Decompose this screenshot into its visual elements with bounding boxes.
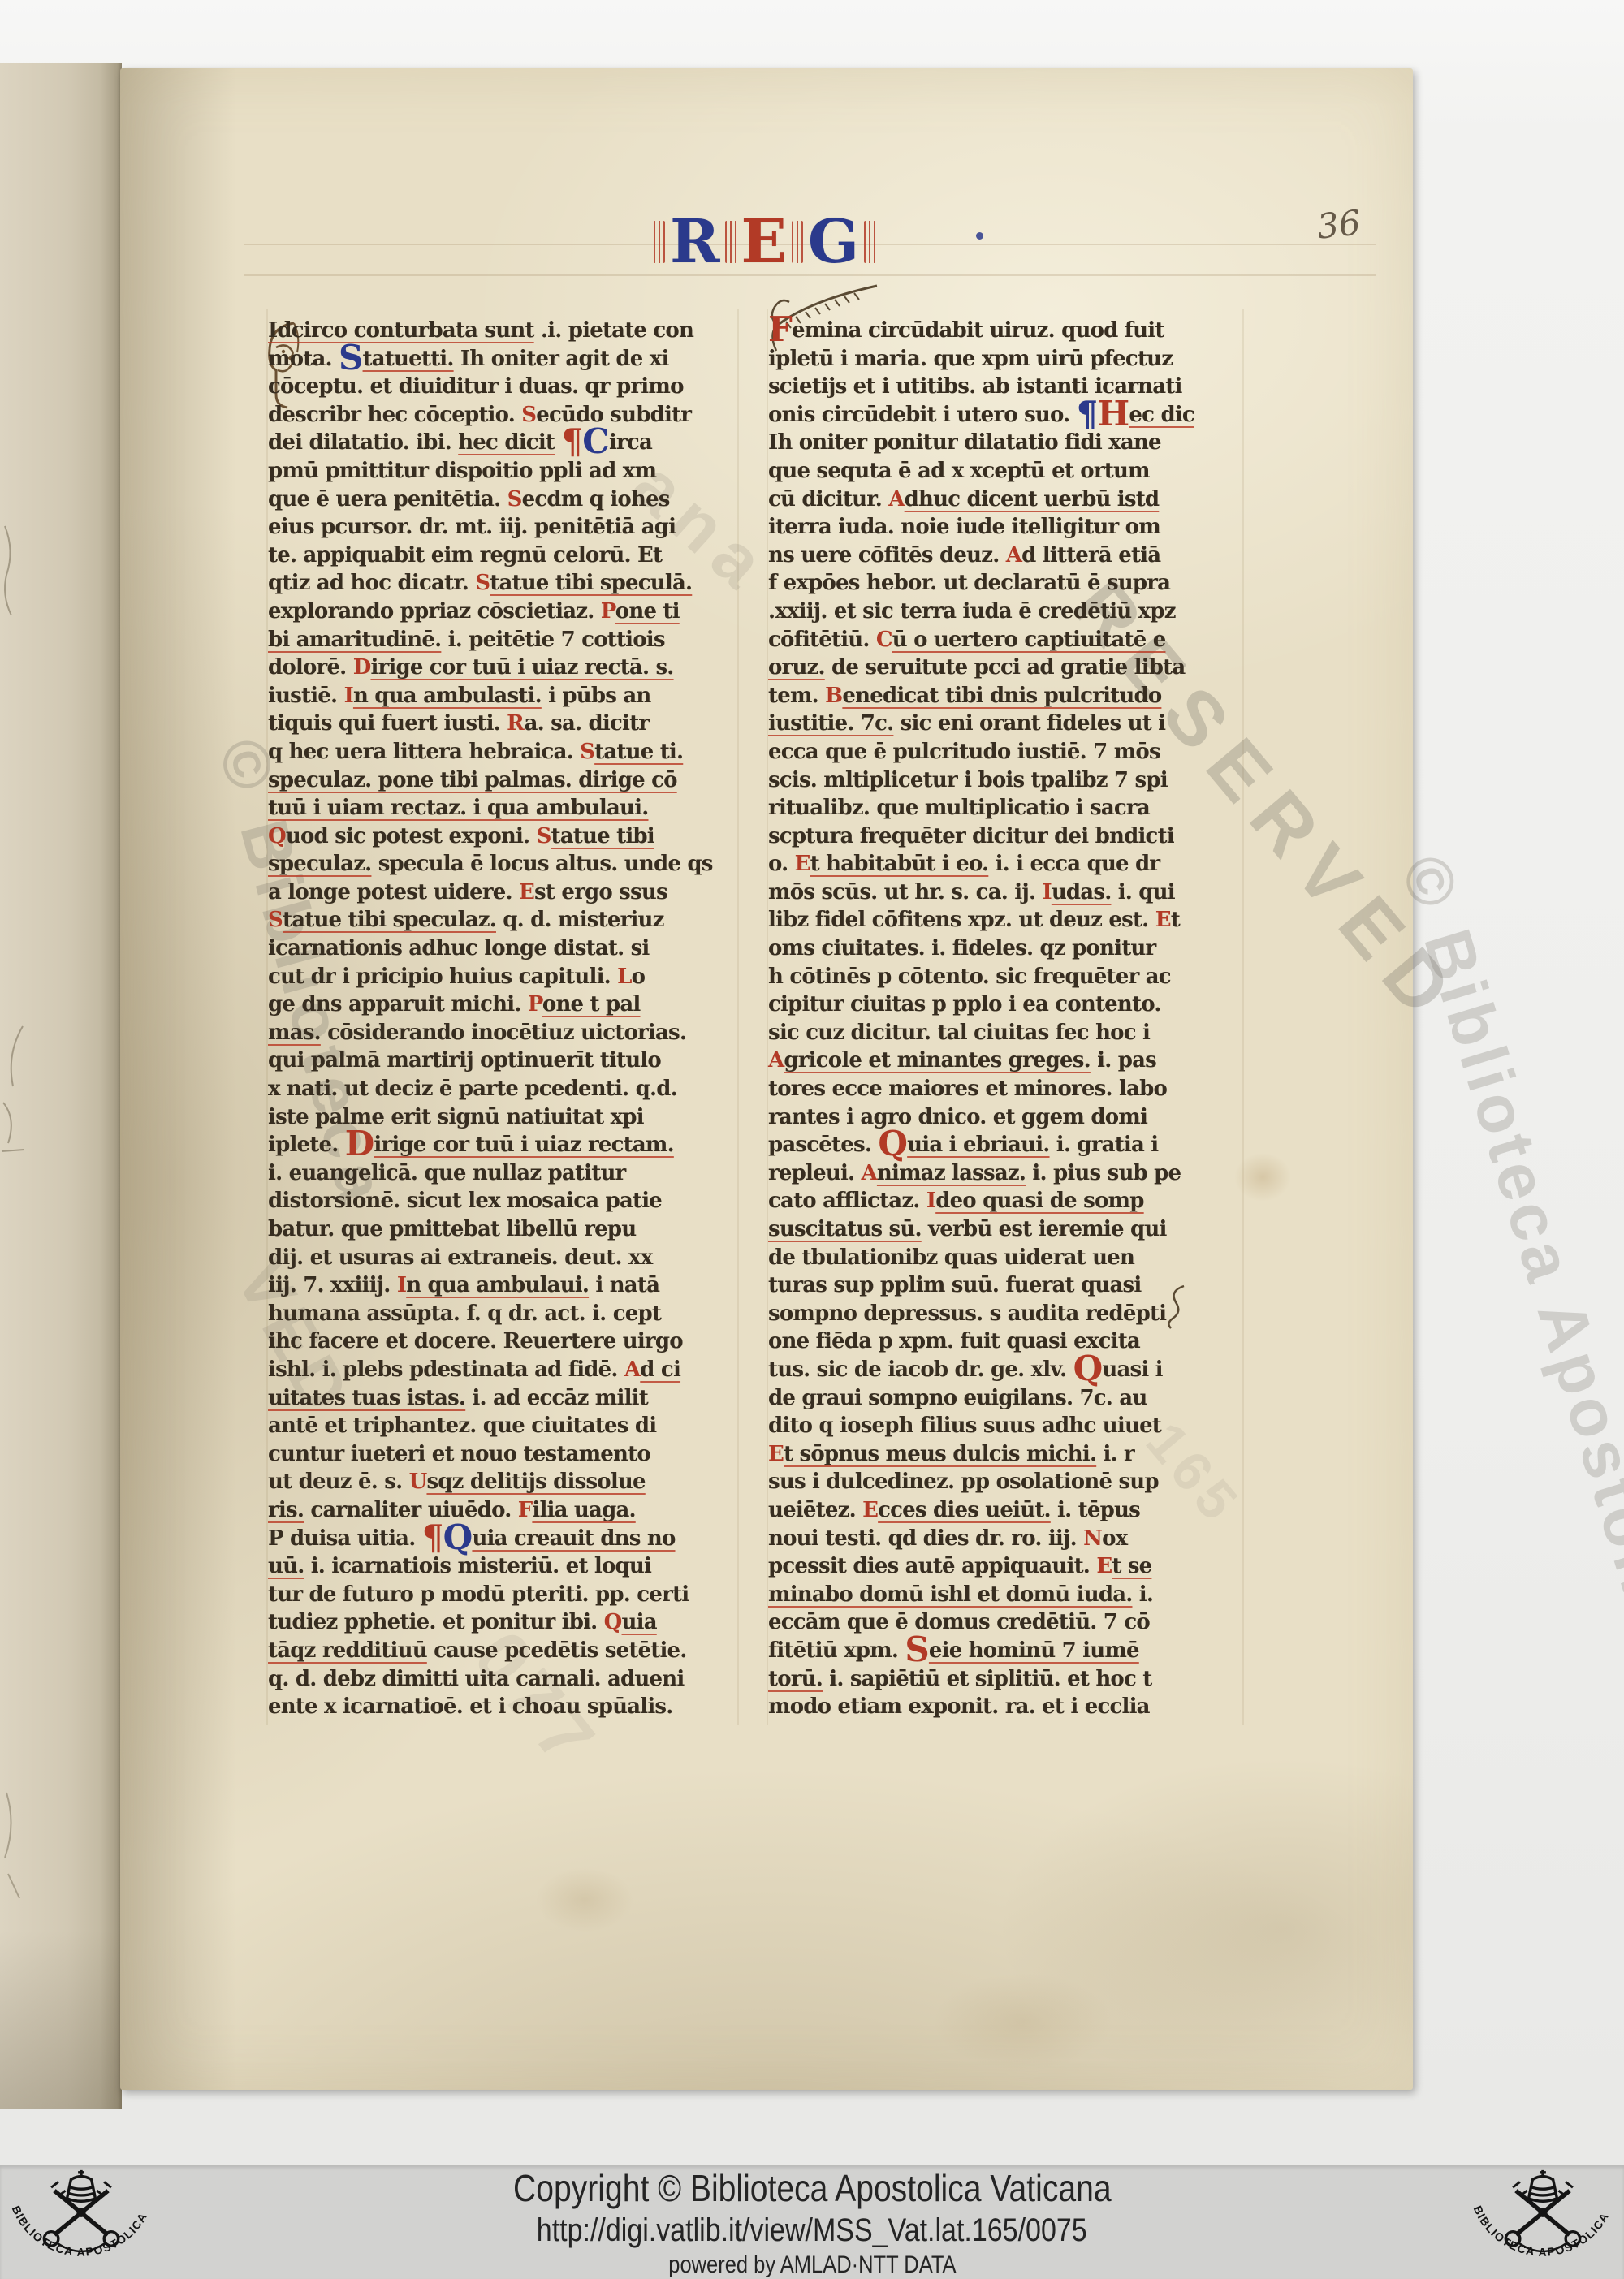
text-segment: deo quasi de somp (935, 1189, 1143, 1213)
text-line: tiquis qui fuert iusti. Ra. sa. dicitr (268, 710, 743, 738)
powered-by: powered by AMLAD·NTT DATA (668, 2251, 956, 2279)
text-line: tur de futuro p modū pteriti. pp. certi (268, 1581, 743, 1609)
text-segment: ū o uertero captiuitatē e (892, 628, 1166, 652)
text-segment: distorsionē. sicut lex mosaica patie (268, 1189, 662, 1213)
text-segment: cut dr i pricipio huius capituli. (268, 965, 617, 989)
text-segment: i. pius sub pe (1026, 1161, 1181, 1185)
text-line: i. euangelicā. que nullaz patitur (268, 1159, 743, 1188)
text-line: .xxiij. et sic terra iuda ē credētiū xpz (768, 598, 1243, 626)
vatican-library-logo-right: BIBLIOTECA APOSTOLICA VATICANA (1462, 2167, 1624, 2277)
text-segment: one ti (615, 599, 680, 624)
text-line: sus i dulcedinez. pp osolationē sup (768, 1468, 1243, 1496)
text-segment: modo etiam exponit. ra. et i ecclia (768, 1694, 1150, 1719)
text-segment: q. d. misteriuz (496, 908, 664, 932)
running-title: REG (654, 208, 875, 276)
text-segment: i. sapiētiū et siplitiū. et hoc t (823, 1667, 1151, 1691)
text-line: bi amaritudinē. i. peitētie 7 cottiois (268, 626, 743, 654)
text-segment: sompno depressus. s audita redēpti (768, 1301, 1166, 1326)
text-line: scis. mltiplicetur i bois tpalibz 7 spi (768, 766, 1243, 795)
text-segment: A (1006, 543, 1021, 568)
text-segment: mas. (268, 1021, 321, 1045)
text-segment: ge dns apparuit michi. (268, 992, 528, 1016)
text-segment: scis. mltiplicetur i bois tpalibz 7 spi (768, 768, 1168, 792)
text-line: mas. cōsiderando inocētiuz uictorias. (268, 1019, 743, 1047)
text-segment: batur. que pmittebat libellū repu (268, 1217, 636, 1241)
text-segment: d litterā etiā (1021, 543, 1160, 568)
text-segment: n qua ambulasti. (353, 684, 542, 708)
text-segment: A (624, 1357, 640, 1382)
text-line: humana assūpta. f. q dr. act. i. cept (268, 1300, 743, 1328)
running-title-letter: E (741, 212, 787, 272)
text-line: explorando ppriaz cōscietiaz. Pone ti (268, 598, 743, 626)
text-line: icarnationis adhuc longe distat. si (268, 934, 743, 963)
running-title-letter: G (808, 212, 859, 272)
text-segment: ente x icarnatioē. et i choau spūalis. (268, 1694, 673, 1719)
text-line: q. d. debz dimitti uita carnali. adueni (268, 1665, 743, 1694)
text-segment: speculaz. pone tibi palmas. dirige cō (268, 768, 677, 792)
text-segment: dij. et usuras ai extraneis. deut. xx (268, 1245, 652, 1270)
text-segment: E (1155, 908, 1171, 932)
text-segment: F (518, 1498, 533, 1522)
text-segment: ec dic (1129, 403, 1194, 427)
text-line: dito q ioseph filius suus adhc uiuet (768, 1412, 1243, 1440)
text-segment: dei dilatatio. ibi. (268, 430, 458, 455)
text-line: ueiētez. Ecces dies ueiūt. i. tēpus (768, 1496, 1243, 1525)
text-line: cut dr i pricipio huius capituli. Lo (268, 963, 743, 991)
text-segment: specula ē locus altus. unde qs (371, 852, 712, 876)
text-line: de tbulationibz quas uiderat uen (768, 1244, 1243, 1272)
text-segment: tatuetti. (363, 347, 454, 371)
text-segment: P (601, 599, 615, 624)
text-segment: ecūdo subditr (536, 403, 691, 427)
text-segment: que sequta ē ad x xceptū et ortum (768, 459, 1150, 483)
text-segment: ipletū i maria. que xpm uirū pfectuz (768, 347, 1173, 371)
text-segment: oms ciuitates. i. fideles. qz ponitur (768, 936, 1155, 960)
text-segment: dito q ioseph filius suus adhc uiuet (768, 1414, 1161, 1438)
text-segment: qui palmā martirij optinuerīt titulo (268, 1048, 661, 1073)
svg-text:BIBLIOTECA APOSTOLICA VATICANA: BIBLIOTECA APOSTOLICA VATICANA (1462, 2167, 1613, 2259)
text-line: tāqz redditiuū cause pcedētis setētie. (268, 1637, 743, 1665)
text-line: ge dns apparuit michi. Pone t pal (268, 991, 743, 1019)
text-segment: iplete. (268, 1133, 345, 1157)
text-segment: S (475, 571, 490, 595)
text-segment: libz fidel cōfitens xpz. ut deuz est. (768, 908, 1155, 932)
text-segment: iij. 7. xxiiij. (268, 1273, 397, 1297)
text-line: h cōtinēs p cōtento. sic frequēter ac (768, 963, 1243, 991)
text-line: mōs scūs. ut hr. s. ca. ij. Iudas. i. qu… (768, 878, 1243, 907)
text-segment: cū dicitur. (768, 487, 888, 511)
text-segment: t sōpnus meus dulcis michi. (784, 1442, 1096, 1466)
text-segment: suscitatus sū. (768, 1217, 922, 1241)
text-line: Et sōpnus meus dulcis michi. i. r (768, 1440, 1243, 1469)
text-line: sompno depressus. s audita redēpti (768, 1300, 1243, 1328)
text-segment: ihc facere et docere. Reuertere uirgo (268, 1329, 683, 1353)
text-segment: pcessit dies autē appiquauit. (768, 1554, 1096, 1578)
text-line: Statue tibi speculaz. q. d. misteriuz (268, 906, 743, 934)
text-segment: tem. (768, 684, 825, 708)
text-line: eccām que ē domus credētiū. 7 cō (768, 1608, 1243, 1637)
text-segment: i. qui (1111, 880, 1174, 904)
filigree-ornament (654, 221, 665, 263)
text-segment: ilia uaga. (532, 1498, 635, 1522)
text-segment: f expōes hebor. ut declaratū ē supra (768, 571, 1170, 595)
text-line: oruz. de seruitute pcci ad gratie libta (768, 654, 1243, 682)
text-segment: cato afflictaz. (768, 1189, 926, 1213)
text-segment: L (617, 965, 631, 989)
text-line: torū. i. sapiētiū et siplitiū. et hoc t (768, 1665, 1243, 1694)
text-line: pmū pmittitur dispoitio ppli ad xm (268, 457, 743, 486)
text-segment: icarnationis adhuc longe distat. si (268, 936, 650, 960)
text-segment: P duisa uitia. (268, 1526, 422, 1551)
text-segment: .xxiij. et sic terra iuda ē credētiū xpz (768, 599, 1176, 624)
text-segment: ¶ (422, 1517, 443, 1557)
text-segment: uū. (268, 1554, 304, 1578)
text-line: cōceptu. et diuiditur i duas. qr primo (268, 373, 743, 401)
text-segment: irige cor tuū i uiaz rectā. s. (370, 655, 673, 680)
text-segment: t (1171, 908, 1180, 932)
text-segment: noui testi. qd dies dr. ro. iij. (768, 1526, 1083, 1551)
text-line: ut deuz ē. s. Usqz delitijs dissolue (268, 1468, 743, 1496)
bleedthrough-mark (0, 1021, 41, 1168)
text-line: mota. Statuetti. Ih oniter agit de xi (268, 345, 743, 373)
text-segment: iustiē. (268, 684, 344, 708)
text-segment: S (508, 487, 522, 511)
text-line: modo etiam exponit. ra. et i ecclia (768, 1693, 1243, 1721)
text-line: ente x icarnatioē. et i choau spūalis. (268, 1693, 743, 1721)
text-segment: S (521, 403, 536, 427)
parchment-stain (934, 1973, 1112, 2070)
text-segment: Q (268, 824, 286, 848)
text-segment: ¶ (1077, 394, 1098, 434)
text-segment: A (888, 487, 904, 511)
text-line: iij. 7. xxiiij. In qua ambulaui. i natā (268, 1271, 743, 1300)
text-segment: S (580, 740, 594, 764)
text-line: dei dilatatio. ibi. hec dicit ¶Circa (268, 429, 743, 457)
text-line: dolorē. Dirige cor tuū i uiaz rectā. s. (268, 654, 743, 682)
text-segment: ox (1102, 1526, 1127, 1551)
text-line: uū. i. icarnatiois misteriū. et loqui (268, 1552, 743, 1581)
text-line: f expōes hebor. ut declaratū ē supra (768, 569, 1243, 598)
text-segment: C (582, 421, 609, 461)
text-line: batur. que pmittebat libellū repu (268, 1215, 743, 1244)
text-segment: E (862, 1498, 878, 1522)
text-segment: I (397, 1273, 406, 1297)
text-segment: sus i dulcedinez. pp osolationē sup (768, 1470, 1159, 1494)
text-segment: .i. pietate con (534, 318, 693, 343)
text-line: scietijs et i utitibs. ab istanti icarna… (768, 373, 1243, 401)
text-segment: irige cor tuū i uiaz rectam. (374, 1133, 673, 1157)
text-segment: U (409, 1470, 427, 1494)
text-segment: tuū i uiam rectaz. i qua ambulaui. (268, 796, 649, 820)
text-segment: D (345, 1124, 374, 1163)
text-segment: mōs scūs. ut hr. s. ca. ij. (768, 880, 1042, 904)
text-segment: sic eni orant fideles ut i (893, 711, 1165, 736)
text-segment: explorando ppriaz cōscietiaz. (268, 599, 601, 624)
text-segment: I (344, 684, 353, 708)
manuscript-scan-canvas: anaRESERVED© BibliotecaVED© Biblioteca A… (0, 0, 1624, 2279)
text-segment: i. ad eccāz milit (465, 1386, 648, 1410)
text-segment: i. tēpus (1051, 1498, 1140, 1522)
text-segment: Q (1073, 1349, 1103, 1388)
text-line: fitētiū xpm. Seie hominū 7 iumē (768, 1637, 1243, 1665)
text-line: ritualibz. que multiplicatio i sacra (768, 794, 1243, 822)
text-line: turas sup pplim suū. fuerat quasi (768, 1271, 1243, 1300)
text-line: ishl. i. plebs pdestinata ad fidē. Ad ci (268, 1356, 743, 1384)
text-segment: H (1098, 394, 1129, 434)
text-segment: eie hominū 7 iumē (929, 1638, 1139, 1663)
text-line: a longe potest uidere. Est ergo ssus (268, 878, 743, 907)
text-segment: Ih oniter ponitur dilatatio fidi xane (768, 430, 1161, 455)
text-segment: t habitabūt i eo. (810, 852, 989, 876)
text-segment: q hec uera littera hebraica. (268, 740, 580, 764)
text-segment: tatue tibi speculā. (490, 571, 692, 595)
text-segment: E (519, 880, 534, 904)
text-segment: gricole et minantes greges. (784, 1048, 1091, 1073)
text-line: tus. sic de iacob dr. ge. xlv. Quasi i (768, 1356, 1243, 1384)
text-segment: S (268, 908, 283, 932)
text-segment: ris. (268, 1498, 304, 1522)
text-segment: uasi i (1102, 1357, 1162, 1382)
text-segment: verbū est ieremie qui (922, 1217, 1167, 1241)
parchment-stain (536, 1867, 633, 1932)
text-line: iustitie. 7c. sic eni orant fideles ut i (768, 710, 1243, 738)
text-segment: uia creauit dns no (472, 1526, 675, 1551)
svg-text:BIBLIOTECA APOSTOLICA VATICANA: BIBLIOTECA APOSTOLICA VATICANA (0, 2167, 152, 2259)
text-segment: emina circūdabit uiruz. quod fuit (792, 318, 1164, 343)
text-line: iplete. Dirige cor tuū i uiaz rectam. (268, 1131, 743, 1159)
text-segment: carnaliter uiuēdo. (304, 1498, 518, 1522)
filigree-ornament (792, 221, 803, 263)
text-segment: cōfitētiū. (768, 628, 876, 652)
text-segment: iustitie. 7c. (768, 711, 893, 736)
text-segment: speculaz. (268, 852, 371, 876)
text-column-left: Idcirco conturbata sunt .i. pietate conm… (268, 317, 743, 1721)
text-segment: fitētiū xpm. (768, 1638, 905, 1663)
text-line: repleui. Animaz lassaz. i. pius sub pe (768, 1159, 1243, 1188)
text-segment: ns uere cōfitēs deuz. (768, 543, 1006, 568)
text-segment: I (926, 1189, 935, 1213)
text-segment: dhuc dicent uerbū istd (905, 487, 1160, 511)
text-segment: i natā (589, 1273, 659, 1297)
text-segment: d ci (640, 1357, 680, 1382)
text-segment: tudiez pphetie. et ponitur ibi. (268, 1610, 604, 1634)
text-segment: dolorē. (268, 655, 353, 680)
source-url: http://digi.vatlib.it/view/MSS_Vat.lat.1… (537, 2212, 1087, 2249)
text-line: dij. et usuras ai extraneis. deut. xx (268, 1244, 743, 1272)
copyright-bar: Copyright © Biblioteca Apostolica Vatica… (0, 2165, 1624, 2279)
text-segment: de graui sompno euigilans. 7c. au (768, 1386, 1147, 1410)
text-line: distorsionē. sicut lex mosaica patie (268, 1187, 743, 1215)
text-segment: enedicat tibi dnis pulcritudo (842, 684, 1161, 708)
text-segment: tatue tibi speculaz. (283, 908, 496, 932)
text-segment: bi amaritudinē. (268, 628, 441, 652)
text-segment: tur de futuro p modū pteriti. pp. certi (268, 1582, 689, 1607)
text-line: eius pcursor. dr. mt. iij. penitētiā agi (268, 513, 743, 542)
text-line: iste palme erit signū natiuitat xpi (268, 1103, 743, 1132)
text-line: ihc facere et docere. Reuertere uirgo (268, 1327, 743, 1356)
text-line: de graui sompno euigilans. 7c. au (768, 1384, 1243, 1413)
text-line: pcessit dies autē appiquauit. Et se (768, 1552, 1243, 1581)
text-line: antē et triphantez. que ciuitates di (268, 1412, 743, 1440)
text-segment: torū. (768, 1667, 823, 1691)
text-segment: turas sup pplim suū. fuerat quasi (768, 1273, 1141, 1297)
bleedthrough-mark (0, 518, 32, 632)
text-segment: I (1042, 880, 1051, 904)
text-line: minabo domū ishl et domū iuda. i. (768, 1581, 1243, 1609)
text-line: ipletū i maria. que xpm uirū pfectuz (768, 345, 1243, 373)
text-segment: i. i ecca que dr (988, 852, 1160, 876)
text-segment: udas. (1052, 880, 1112, 904)
text-line: describr hec cōceptio. Secūdo subditr (268, 401, 743, 429)
text-segment: uia (622, 1610, 657, 1634)
text-segment: Q (604, 1610, 622, 1634)
text-segment: mota. (268, 347, 339, 371)
text-segment: Q (878, 1124, 907, 1163)
text-line: ecca que ē pulcritudo iustiē. 7 mōs (768, 738, 1243, 766)
text-segment: R (507, 711, 524, 736)
text-line: pascētes. Quia i ebriaui. i. gratia i (768, 1131, 1243, 1159)
text-line: tores ecce maiores et minores. labo (768, 1075, 1243, 1103)
text-line: one fiēda p xpm. fuit quasi excita (768, 1327, 1243, 1356)
text-segment: i. peitētie 7 cottiois (441, 628, 664, 652)
text-line: cato afflictaz. Ideo quasi de somp (768, 1187, 1243, 1215)
text-line: Quod sic potest exponi. Statue tibi (268, 822, 743, 851)
text-line: cuntur iueteri et nouo testamento (268, 1440, 743, 1469)
text-segment: de seruitute pcci ad gratie libta (825, 655, 1186, 680)
text-segment: tatue ti. (594, 740, 683, 764)
text-segment: tores ecce maiores et minores. labo (768, 1077, 1167, 1101)
text-line: suscitatus sū. verbū est ieremie qui (768, 1215, 1243, 1244)
text-segment: que ē uera penitētia. (268, 487, 508, 511)
text-segment: cipitur ciuitas p pplo i ea contento. (768, 992, 1161, 1016)
text-line: speculaz. specula ē locus altus. unde qs (268, 850, 743, 878)
text-segment: Ih oniter agit de xi (454, 347, 669, 371)
text-line: noui testi. qd dies dr. ro. iij. Nox (768, 1525, 1243, 1553)
text-segment: de tbulationibz quas uiderat uen (768, 1245, 1134, 1270)
text-line: Agricole et minantes greges. i. pas (768, 1047, 1243, 1075)
text-segment: iste palme erit signū natiuitat xpi (268, 1105, 644, 1129)
text-segment: A (862, 1161, 877, 1185)
ink-dot (976, 232, 983, 240)
text-segment: te. appiquabit eim regnū celorū. Et (268, 543, 662, 568)
text-segment: sic cuz dicitur. tal ciuitas fec hoc i (768, 1021, 1150, 1045)
text-segment: antē et triphantez. que ciuitates di (268, 1414, 656, 1438)
text-segment: P (528, 992, 542, 1016)
text-segment: C (876, 628, 892, 652)
text-segment: repleui. (768, 1161, 862, 1185)
text-line: speculaz. pone tibi palmas. dirige cō (268, 766, 743, 795)
text-segment: cōsiderando inocētiuz uictorias. (321, 1021, 686, 1045)
text-line: cipitur ciuitas p pplo i ea contento. (768, 991, 1243, 1019)
text-segment: t se (1112, 1554, 1151, 1578)
text-segment: ecca que ē pulcritudo iustiē. 7 mōs (768, 740, 1160, 764)
vatican-library-logo-left: BIBLIOTECA APOSTOLICA VATICANA (0, 2167, 162, 2277)
text-segment: i. icarnatiois misteriū. et loqui (304, 1554, 651, 1578)
text-segment: Q (443, 1517, 473, 1557)
text-line: uitates tuas istas. i. ad eccāz milit (268, 1384, 743, 1413)
text-segment: st ergo ssus (534, 880, 667, 904)
text-segment: uitates tuas istas. (268, 1386, 465, 1410)
text-column-right: Femina circūdabit uiruz. quod fuitipletū… (768, 317, 1243, 1721)
watermark-text: © Biblioteca Apostolica (1385, 847, 1624, 1686)
text-segment: S (905, 1629, 929, 1669)
text-line: sic cuz dicitur. tal ciuitas fec hoc i (768, 1019, 1243, 1047)
text-segment: E (1096, 1554, 1112, 1578)
text-segment: ueiētez. (768, 1498, 862, 1522)
text-line: tuū i uiam rectaz. i qua ambulaui. (268, 794, 743, 822)
text-segment: tatue tibi (551, 824, 654, 848)
text-segment: ecdm q iohes (522, 487, 670, 511)
text-segment: a. sa. dicitr (525, 711, 650, 736)
text-segment: i. pas (1091, 1048, 1156, 1073)
text-segment: N (1083, 1526, 1102, 1551)
text-line: scptura frequēter dicitur dei bndicti (768, 822, 1243, 851)
filigree-ornament (864, 221, 875, 263)
text-segment: i. (1133, 1582, 1154, 1607)
text-segment: scptura frequēter dicitur dei bndicti (768, 824, 1174, 848)
text-segment: irca (609, 430, 652, 455)
copyright-text: Copyright © Biblioteca Apostolica Vatica… (513, 2166, 1112, 2210)
text-segment: S (537, 824, 551, 848)
bleedthrough-mark (0, 1785, 32, 1914)
text-segment: describr hec cōceptio. (268, 403, 521, 427)
text-segment: ritualibz. que multiplicatio i sacra (768, 796, 1150, 820)
text-segment: E (768, 1442, 784, 1466)
text-line: cū dicitur. Adhuc dicent uerbū istd (768, 486, 1243, 514)
text-line: qui palmā martirij optinuerīt titulo (268, 1047, 743, 1075)
text-segment: n qua ambulaui. (406, 1273, 589, 1297)
text-segment: tāqz redditiuū (268, 1638, 427, 1663)
text-segment: B (825, 684, 842, 708)
text-line: que sequta ē ad x xceptū et ortum (768, 457, 1243, 486)
text-line: que ē uera penitētia. Secdm q iohes (268, 486, 743, 514)
text-line: cōfitētiū. Cū o uertero captiuitatē e (768, 626, 1243, 654)
text-segment: i. r (1096, 1442, 1134, 1466)
gutter-shadow (0, 1931, 122, 2109)
text-segment: a longe potest uidere. (268, 880, 519, 904)
text-segment: iterra iuda. noie iude itelligitur om (768, 515, 1160, 539)
text-line: tudiez pphetie. et ponitur ibi. Quia (268, 1608, 743, 1637)
text-segment: nimaz lassaz. (877, 1161, 1026, 1185)
text-segment: S (339, 338, 363, 378)
text-line: te. appiquabit eim regnū celorū. Et (268, 542, 743, 570)
text-segment: sqz delitijs dissolue (426, 1470, 645, 1494)
text-segment: E (795, 852, 810, 876)
text-line: onis circūdebit i utero suo. ¶Hec dic (768, 401, 1243, 429)
text-segment: minabo domū ishl et domū iuda. (768, 1582, 1133, 1607)
text-line: x nati. ut deciz ē parte pcedenti. q.d. (268, 1075, 743, 1103)
text-line: Femina circūdabit uiruz. quod fuit (768, 317, 1243, 345)
text-segment: ut deuz ē. s. (268, 1470, 409, 1494)
text-segment: i. euangelicā. que nullaz patitur (268, 1161, 625, 1185)
text-segment: A (768, 1048, 784, 1073)
text-line: ris. carnaliter uiuēdo. Filia uaga. (268, 1496, 743, 1525)
text-line: qtiz ad hoc dicatr. Statue tibi speculā. (268, 569, 743, 598)
text-segment: F (768, 309, 792, 349)
filigree-ornament (725, 221, 736, 263)
facing-page-edge (0, 63, 122, 2109)
text-segment: one t pal (542, 992, 641, 1016)
text-segment: cces dies ueiūt. (878, 1498, 1051, 1522)
text-line: rantes i agro dnico. et ggem domi (768, 1103, 1243, 1132)
text-segment: rantes i agro dnico. et ggem domi (768, 1105, 1147, 1129)
folio-number: 36 (1315, 202, 1363, 246)
text-segment: pmū pmittitur dispoitio ppli ad xm (268, 459, 656, 483)
text-segment: pascētes. (768, 1133, 878, 1157)
text-segment: cuntur iueteri et nouo testamento (268, 1442, 650, 1466)
text-line: oms ciuitates. i. fideles. qz ponitur (768, 934, 1243, 963)
text-segment: h cōtinēs p cōtento. sic frequēter ac (768, 965, 1171, 989)
